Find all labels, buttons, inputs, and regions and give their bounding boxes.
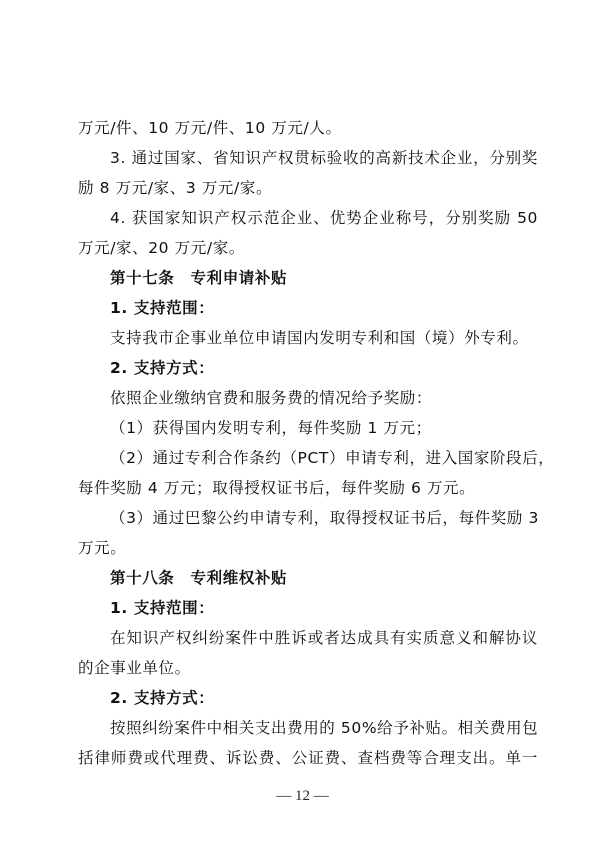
body-text-line: 万元/件、10 万元/件、10 万元/人。 [78, 118, 538, 138]
body-text-line: 依照企业缴纳官费和服务费的情况给予奖励： [110, 388, 538, 408]
body-text-line: 3. 通过国家、省知识产权贯标验收的高新技术企业，分别奖 [110, 148, 538, 168]
section-heading: 2. 支持方式： [110, 358, 538, 378]
body-text-line: 4. 获国家知识产权示范企业、优势企业称号，分别奖励 50 [110, 208, 538, 228]
body-text-line: 万元。 [78, 538, 538, 558]
body-text-line: 支持我市企事业单位申请国内发明专利和国（境）外专利。 [110, 328, 538, 348]
body-text-line: 括律师费或代理费、诉讼费、公证费、查档费等合理支出。单一 [78, 748, 538, 768]
section-heading: 2. 支持方式： [110, 688, 538, 708]
list-item: （3）通过巴黎公约申请专利，取得授权证书后，每件奖励 3 [110, 508, 538, 528]
section-heading: 1. 支持范围： [110, 598, 538, 618]
body-text-line: 在知识产权纠纷案件中胜诉或者达成具有实质意义和解协议 [110, 628, 538, 648]
body-text-line: 万元/家、20 万元/家。 [78, 238, 538, 258]
article-17-heading: 第十七条 专利申请补贴 [110, 268, 538, 288]
page-number: — 12 — [0, 788, 605, 805]
body-text-line: 按照纠纷案件中相关支出费用的 50%给予补贴。相关费用包 [110, 718, 538, 738]
section-heading: 1. 支持范围： [110, 298, 538, 318]
body-text-line: 励 8 万元/家、3 万元/家。 [78, 178, 538, 198]
list-item: （2）通过专利合作条约（PCT）申请专利，进入国家阶段后， [110, 448, 538, 468]
document-page: 万元/件、10 万元/件、10 万元/人。 3. 通过国家、省知识产权贯标验收的… [0, 0, 605, 856]
body-text-line: 的企事业单位。 [78, 658, 538, 678]
body-text-line: 每件奖励 4 万元；取得授权证书后，每件奖励 6 万元。 [78, 478, 538, 498]
article-18-heading: 第十八条 专利维权补贴 [110, 568, 538, 588]
list-item: （1）获得国内发明专利，每件奖励 1 万元； [110, 418, 538, 438]
